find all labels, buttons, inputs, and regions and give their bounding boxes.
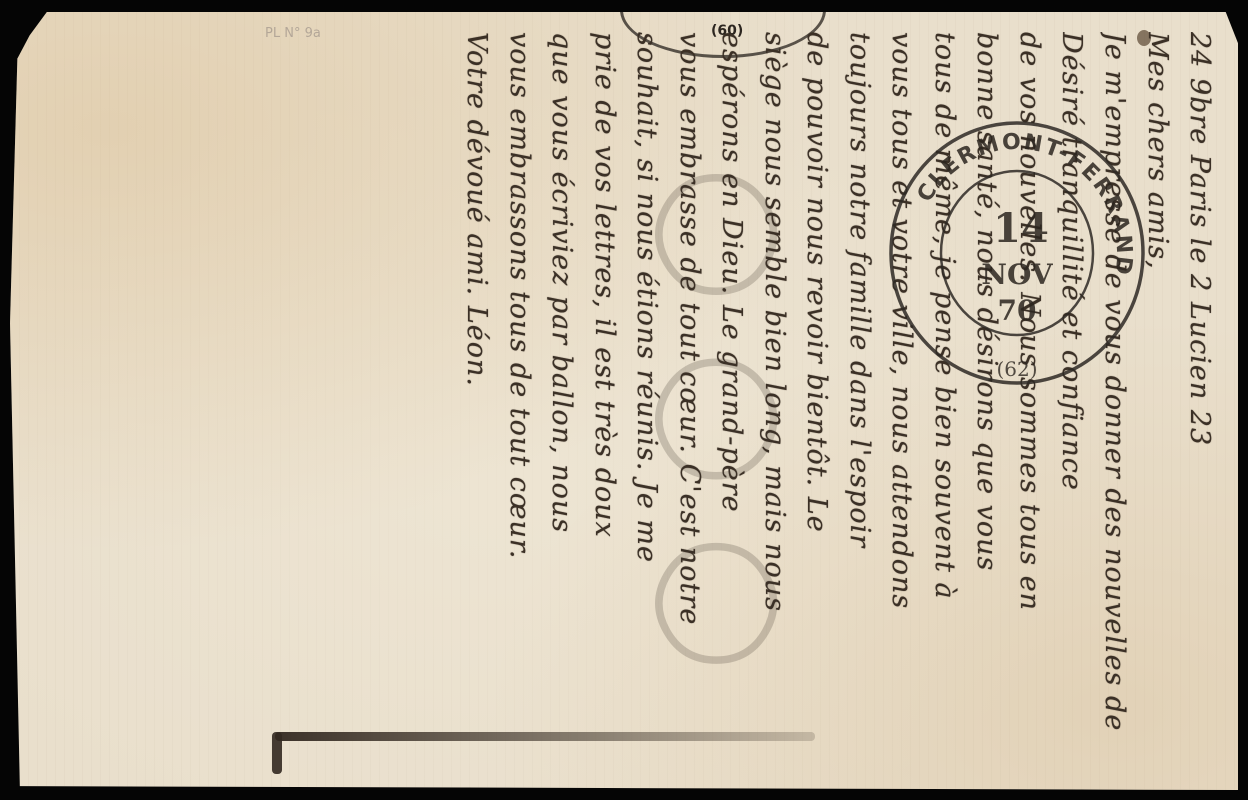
- letter-line: vous embrassons tous de tout cœur.: [495, 32, 535, 790]
- letter-line: Désiré tranquillité et confiance: [1047, 32, 1087, 790]
- letter-line: Mes chers amis,: [1133, 32, 1173, 790]
- ink-strike-line: [275, 732, 815, 741]
- letter-line: bonne santé, nous désirons que vous: [962, 32, 1002, 790]
- letter-line: espérons en Dieu. Le grand-père: [707, 32, 747, 790]
- letter-line: toujours notre famille dans l'espoir: [835, 32, 875, 790]
- letter-line: tous de même, je pense bien souvent à: [920, 32, 960, 790]
- letter-line: Votre dévoué ami. Léon.: [452, 32, 492, 790]
- letter-line: que vous écriviez par ballon, nous: [537, 32, 577, 790]
- letter-line: de pouvoir nous revoir bientôt. Le: [792, 32, 832, 790]
- letter-line: Je m'empresse de vous donner des nouvell…: [1090, 32, 1130, 790]
- handwritten-letter: 24 9bre Paris le 2 Lucien 23 Mes chers a…: [40, 32, 1220, 790]
- letter-line: prie de vos lettres, il est très doux: [580, 32, 620, 790]
- letter-line: 24 9bre Paris le 2 Lucien 23: [1175, 32, 1215, 790]
- letter-line: vous embrasse de tout cœur. C'est notre: [665, 32, 705, 790]
- letter-line: siège nous semble bien long, mais nous: [750, 32, 790, 790]
- letter-line: souhait, si nous étions réunis. Je me: [622, 32, 662, 790]
- postcard-paper: PL N° 9a ◯ ◯ ◯ (60) 24 9bre Paris le 2 L…: [10, 12, 1238, 790]
- letter-line: de vos nouvelles. Nous sommes tous en: [1005, 32, 1045, 790]
- letter-line: vous tous et votre ville, nous attendons: [877, 32, 917, 790]
